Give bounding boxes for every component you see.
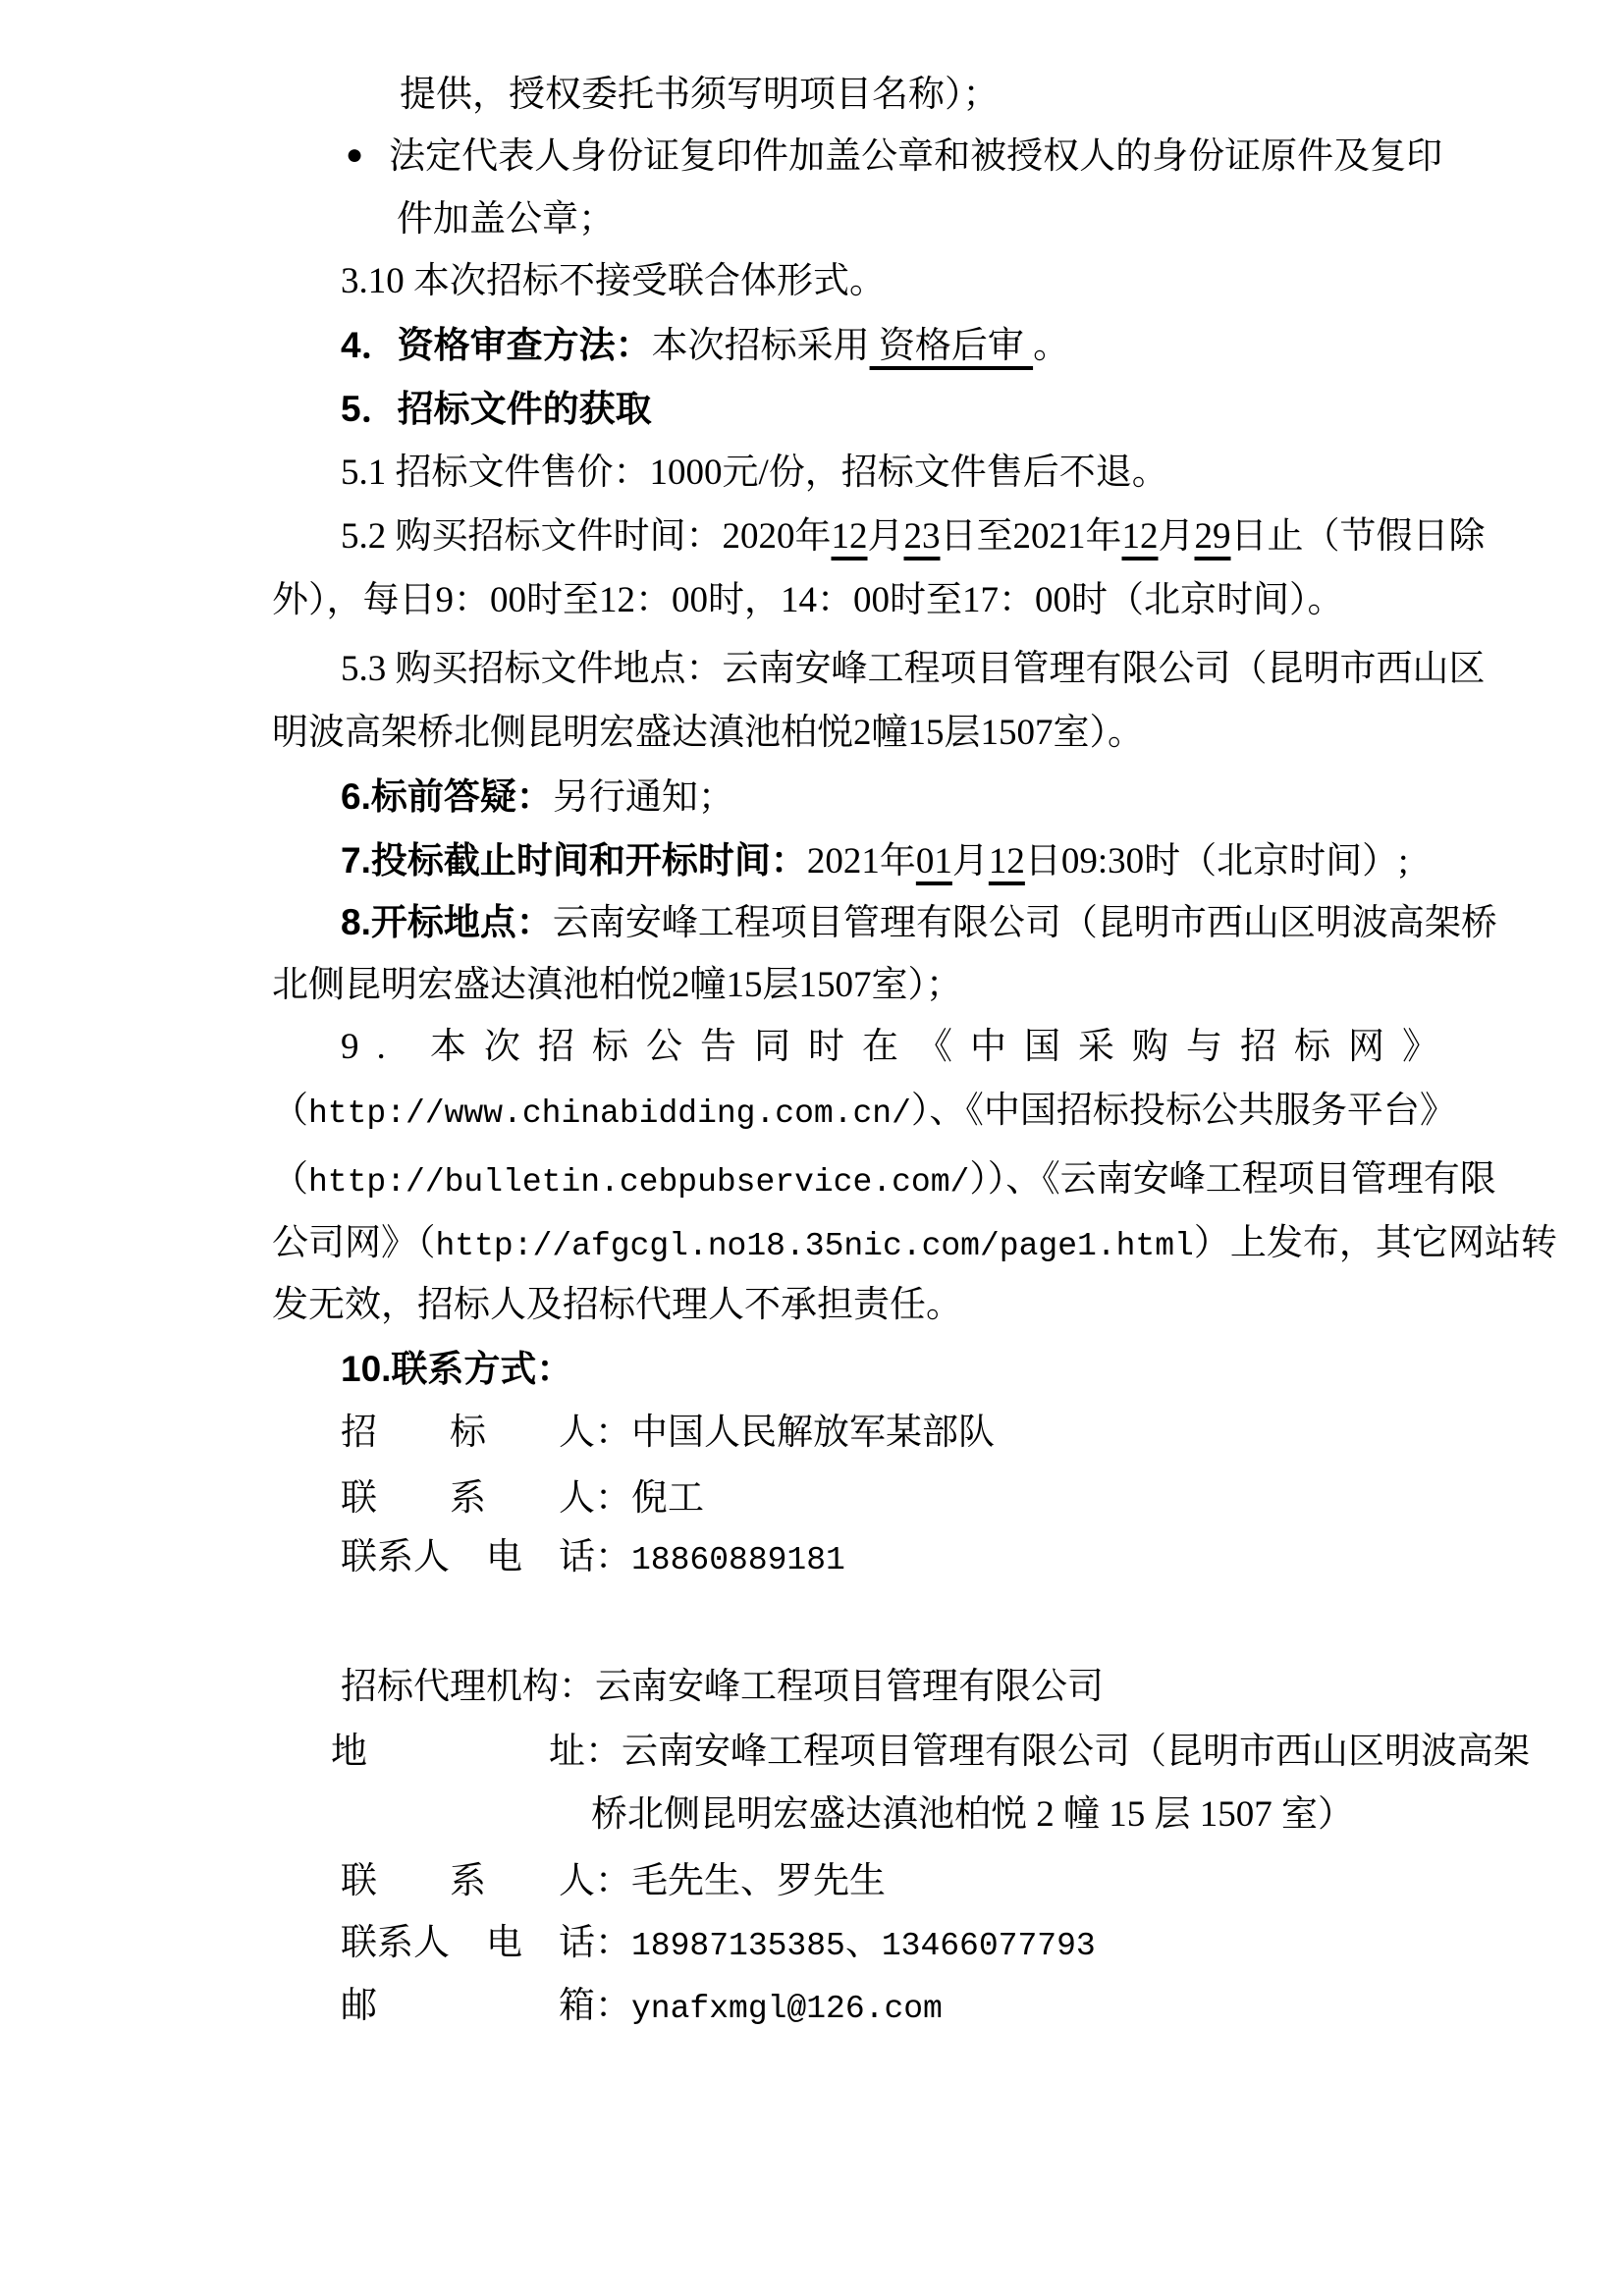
body-text: 2021年 (807, 841, 916, 881)
bullet-icon: ● (346, 138, 363, 171)
mono-text: http://bulletin.cebpubservice.com/ (308, 1164, 969, 1201)
text-line: 8.开标地点：云南安峰工程项目管理有限公司（昆明市西山区明波高架桥 (341, 900, 1497, 946)
underlined-text: 29 (1195, 516, 1231, 557)
body-text: 件加盖公章； (397, 199, 615, 240)
text-line: 4．资格审查方法：本次招标采用 资格后审 。 (341, 323, 1069, 369)
text-line: 桥北侧昆明宏盛达滇池柏悦 2 幢 15 层 1507 室） (591, 1792, 1354, 1838)
mono-text: http://afgcgl.no18.35nic.com/page1.html (436, 1228, 1194, 1264)
text-line: 件加盖公章； (397, 197, 615, 242)
underlined-text: 12 (832, 516, 868, 557)
underlined-text: 12 (1122, 516, 1159, 557)
body-text: 提供，授权委托书须写明项目名称）； (400, 75, 1000, 115)
heading-text: 10.联系方式： (341, 1349, 572, 1389)
body-text: ）、《中国招标投标公共服务平台》 (911, 1091, 1456, 1131)
text-line: 10.联系方式： (341, 1347, 572, 1393)
body-text: 日止（节假日除 (1231, 516, 1486, 557)
body-text: 云南安峰工程项目管理有限公司（昆明市西山区明波高架桥 (553, 903, 1497, 943)
body-text: 日09:30时（北京时间）; (1025, 841, 1409, 881)
body-text: 联系人 电 话： (341, 1537, 631, 1577)
text-line: 5．招标文件的获取 (341, 387, 652, 433)
body-text: 招 标 人：中国人民解放军某部队 (341, 1413, 995, 1453)
body-text: 本次招标采用 (652, 326, 870, 366)
text-line: 3.10 本次招标不接受联合体形式。 (341, 259, 886, 304)
mono-text: 18860889181 (631, 1542, 845, 1578)
text-line: 联 系 人：毛先生、罗先生 (341, 1859, 886, 1904)
text-line: 5.1 招标文件售价：1000元/份，招标文件售后不退。 (341, 451, 1168, 496)
body-text: 月 (868, 516, 904, 557)
body-text: 9. 本次招标公告同时在《中国采购与招标网》 (341, 1027, 1456, 1067)
heading-text: 5．招标文件的获取 (341, 389, 652, 429)
body-text: （ (272, 1091, 308, 1131)
body-text: 另行通知； (553, 777, 734, 818)
body-text: 月 (952, 841, 989, 881)
mono-text: 13466077793 (882, 1928, 1096, 1964)
text-line: （http://www.chinabidding.com.cn/）、《中国招标投… (272, 1089, 1456, 1134)
body-text: 桥北侧昆明宏盛达滇池柏悦 2 幢 15 层 1507 室） (591, 1794, 1354, 1835)
body-text: 5.1 招标文件售价：1000元/份，招标文件售后不退。 (341, 453, 1168, 493)
body-text: 明波高架桥北侧昆明宏盛达滇池柏悦2幢15层1507室）。 (272, 713, 1144, 753)
body-text: 5.2 购买招标文件时间：2020年 (341, 516, 832, 557)
text-line: 邮 箱：ynafxmgl@126.com (341, 1984, 943, 2029)
mono-text: 18987135385 (631, 1928, 845, 1964)
body-text: 外），每日9：00时至12：00时，14：00时至17：00时（北京时间）。 (272, 580, 1344, 620)
text-line: 招 标 人：中国人民解放军某部队 (341, 1411, 995, 1456)
body-text: 法定代表人身份证复印件加盖公章和被授权人的身份证原件及复印 (389, 136, 1442, 177)
heading-text: 6.标前答疑： (341, 776, 553, 817)
body-text: 邮 箱： (341, 1986, 631, 2026)
body-text: 日至2021年 (941, 516, 1122, 557)
body-text: ）上发布，其它网站转 (1194, 1223, 1557, 1263)
mono-text: http://www.chinabidding.com.cn/ (308, 1095, 911, 1132)
body-text: ））、《云南安峰工程项目管理有限 (969, 1159, 1496, 1200)
underlined-text: 资格后审 (870, 326, 1034, 366)
text-line: 地 址：云南安峰工程项目管理有限公司（昆明市西山区明波高架 (331, 1730, 1530, 1775)
underlined-text: 01 (916, 841, 952, 881)
text-line: 北侧昆明宏盛达滇池柏悦2幢15层1507室）； (272, 963, 962, 1008)
document-page: 提供，授权委托书须写明项目名称）；●法定代表人身份证复印件加盖公章和被授权人的身… (0, 0, 1624, 2296)
heading-text: 7.投标截止时间和开标时间： (341, 840, 807, 881)
body-text: 。 (1033, 326, 1069, 366)
text-line: ●法定代表人身份证复印件加盖公章和被授权人的身份证原件及复印 (346, 134, 1442, 180)
text-line: 公司网》（http://afgcgl.no18.35nic.com/page1.… (272, 1221, 1557, 1266)
body-text: 地 址：云南安峰工程项目管理有限公司（昆明市西山区明波高架 (331, 1732, 1530, 1772)
text-line: 提供，授权委托书须写明项目名称）； (400, 73, 1000, 118)
text-line: 明波高架桥北侧昆明宏盛达滇池柏悦2幢15层1507室）。 (272, 711, 1144, 756)
body-text: 3.10 本次招标不接受联合体形式。 (341, 261, 886, 301)
text-line: 联系人 电 话：18860889181 (341, 1535, 845, 1580)
text-line: 发无效，招标人及招标代理人不承担责任。 (272, 1283, 962, 1328)
text-line: 外），每日9：00时至12：00时，14：00时至17：00时（北京时间）。 (272, 578, 1344, 623)
text-line: 招标代理机构：云南安峰工程项目管理有限公司 (341, 1665, 1104, 1710)
text-line: （http://bulletin.cebpubservice.com/））、《云… (272, 1157, 1496, 1202)
body-text: 北侧昆明宏盛达滇池柏悦2幢15层1507室）； (272, 965, 962, 1005)
mono-text: ynafxmgl@126.com (631, 1991, 943, 2027)
heading-text: 4．资格审查方法： (341, 325, 652, 365)
body-text: 联系人 电 话： (341, 1923, 631, 1963)
body-text: 招标代理机构：云南安峰工程项目管理有限公司 (341, 1667, 1104, 1707)
body-text: 发无效，招标人及招标代理人不承担责任。 (272, 1285, 962, 1325)
text-line: 5.3 购买招标文件地点：云南安峰工程项目管理有限公司（昆明市西山区 (341, 647, 1486, 692)
body-text: 公司网》（ (272, 1223, 436, 1263)
body-text: 5.3 购买招标文件地点：云南安峰工程项目管理有限公司（昆明市西山区 (341, 649, 1486, 689)
body-text: 月 (1159, 516, 1195, 557)
body-text: 联 系 人：倪工 (341, 1478, 704, 1519)
text-line: 9. 本次招标公告同时在《中国采购与招标网》 (341, 1025, 1456, 1070)
text-line: 联 系 人：倪工 (341, 1476, 704, 1522)
text-line: 6.标前答疑：另行通知； (341, 774, 734, 821)
text-line: 联系人 电 话：18987135385、13466077793 (341, 1921, 1096, 1966)
heading-text: 8.开标地点： (341, 902, 553, 942)
underlined-text: 23 (904, 516, 941, 557)
body-text: 、 (845, 1923, 882, 1963)
text-line: 5.2 购买招标文件时间：2020年12月23日至2021年12月29日止（节假… (341, 514, 1486, 560)
body-text: （ (272, 1159, 308, 1200)
text-line: 7.投标截止时间和开标时间：2021年01月12日09:30时（北京时间）; (341, 838, 1408, 884)
body-text: 联 系 人：毛先生、罗先生 (341, 1861, 886, 1901)
underlined-text: 12 (989, 841, 1025, 881)
